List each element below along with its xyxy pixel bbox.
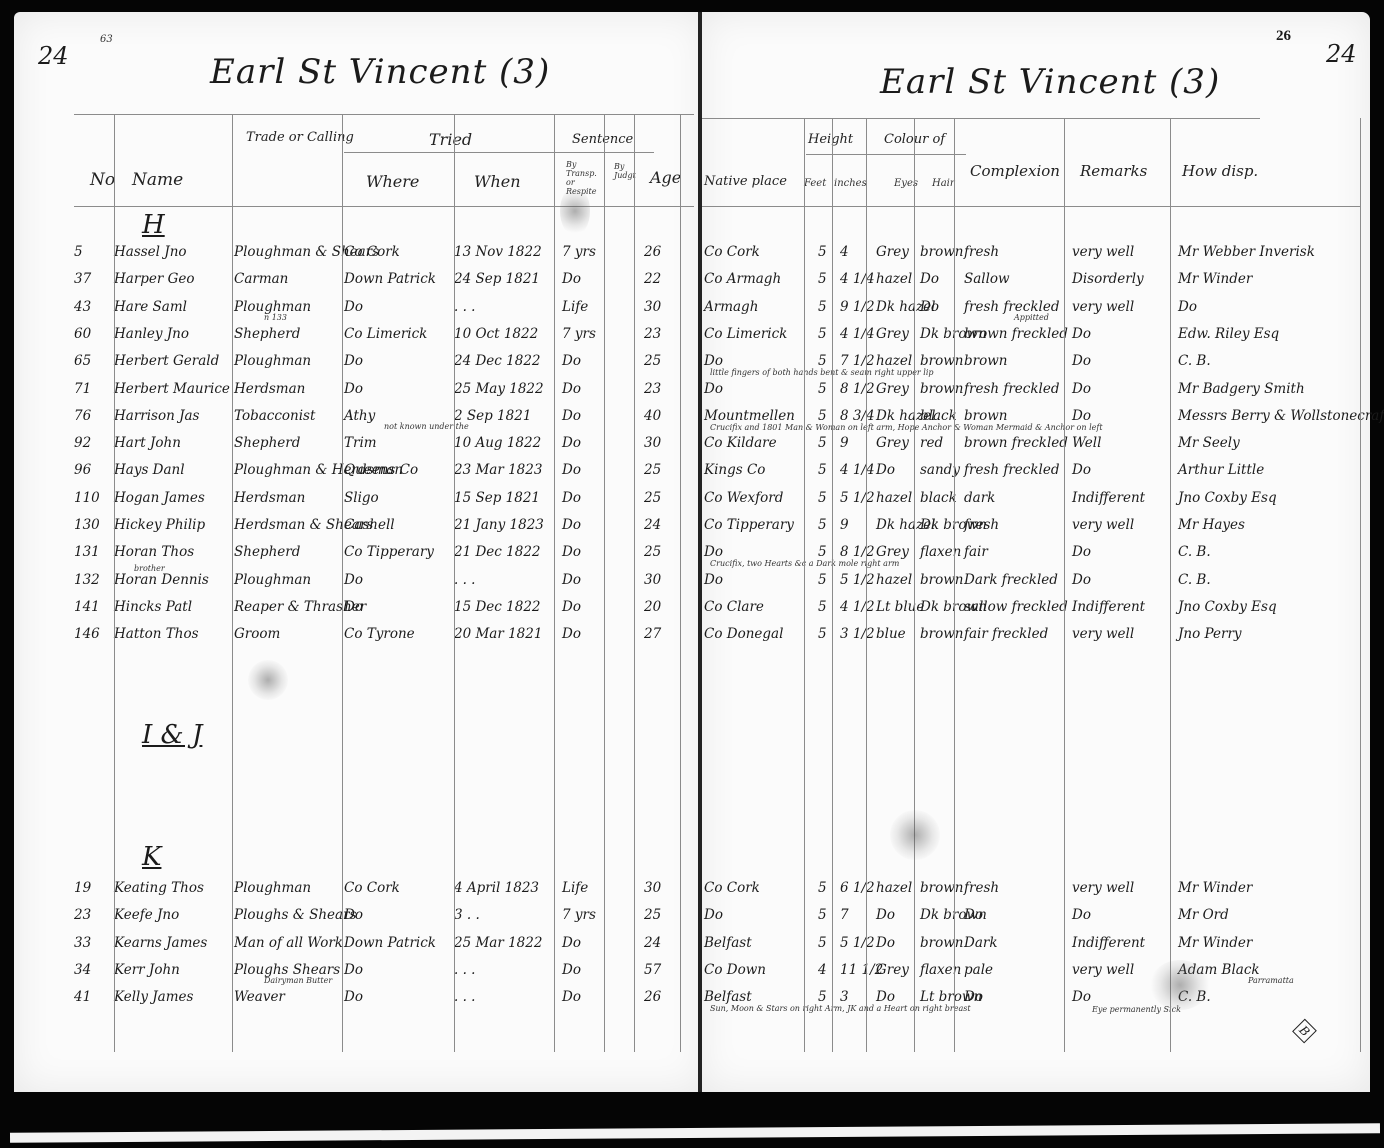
header-remarks: Remarks [1080, 162, 1147, 180]
ink-smudge [1150, 960, 1210, 1010]
complexion: Sallow [964, 271, 1010, 287]
sentence: Do [562, 490, 581, 506]
height-feet: 5 [818, 271, 827, 287]
height-inches: 9 1/2 [840, 299, 875, 315]
header-when: When [474, 172, 521, 191]
height-inches: 9 [840, 517, 849, 533]
header-name: Name [132, 170, 183, 190]
tried-where: Do [344, 572, 363, 588]
height-inches: 8 1/2 [840, 544, 875, 560]
age: 25 [644, 490, 661, 506]
sentence: Do [562, 989, 581, 1005]
tried-where: Co Tyrone [344, 626, 415, 642]
convict-number: 43 [74, 299, 91, 315]
convict-number: 33 [74, 935, 91, 951]
header-age: Age [650, 168, 681, 187]
hair-colour: brown [920, 572, 963, 588]
trade: Shepherd [234, 435, 300, 451]
tried-when: . . . [454, 572, 475, 588]
height-feet: 5 [818, 572, 827, 588]
disposed-note: Parramatta [1248, 976, 1294, 985]
height-inches: 4 [840, 244, 849, 260]
tried-where: Do [344, 907, 363, 923]
convict-name: Horan Dennis [114, 572, 209, 588]
native-place: Armagh [704, 299, 758, 315]
age: 23 [644, 326, 661, 342]
convict-name: Hickey Philip [114, 517, 205, 533]
remarks: Do [1072, 381, 1091, 397]
native-place: Do [704, 381, 723, 397]
sentence: Do [562, 381, 581, 397]
remarks: very well [1072, 626, 1134, 642]
height-inches: 9 [840, 435, 849, 451]
where-note: not known under the [384, 422, 469, 431]
trade: Shepherd [234, 326, 300, 342]
complexion: brown freckled [964, 435, 1068, 451]
how-disposed: Mr Hayes [1178, 517, 1245, 533]
header-tried: Tried [429, 130, 472, 149]
header-hair: Hair [932, 178, 955, 189]
tried-when: 10 Oct 1822 [454, 326, 538, 342]
tried-where: Co Cork [344, 880, 400, 896]
sentence: Do [562, 572, 581, 588]
tried-when: 21 Dec 1822 [454, 544, 541, 560]
header-height: Height [808, 132, 853, 147]
corner-mark: B [1292, 1019, 1317, 1044]
tried-when: 21 Jany 1823 [454, 517, 544, 533]
convict-number: 131 [74, 544, 100, 560]
eye-colour: hazel [876, 880, 912, 896]
page-number: 26 [1276, 28, 1291, 45]
native-place: Co Limerick [704, 326, 787, 342]
convict-number: 71 [74, 381, 91, 397]
tried-where: Do [344, 599, 363, 615]
trade: Tobacconist [234, 408, 315, 424]
trade: Man of all Work [234, 935, 343, 951]
book-gutter [698, 12, 702, 1092]
height-feet: 5 [818, 517, 827, 533]
height-inches: 8 1/2 [840, 381, 875, 397]
native-place: Belfast [704, 989, 752, 1005]
convict-name: Hincks Patl [114, 599, 192, 615]
how-disposed: Mr Ord [1178, 907, 1229, 923]
sentence: 7 yrs [562, 907, 596, 923]
eye-colour: hazel [876, 353, 912, 369]
how-disposed: Jno Coxby Esq [1178, 490, 1277, 506]
height-feet: 5 [818, 326, 827, 342]
convict-number: 37 [74, 271, 91, 287]
column-rule [804, 118, 805, 1052]
header-trade: Trade or Calling [246, 130, 354, 145]
complexion: fair [964, 544, 988, 560]
tried-where: Co Tipperary [344, 544, 434, 560]
eye-colour: blue [876, 626, 906, 642]
left-page-title: Earl St Vincent (3) [210, 52, 550, 92]
column-rule [1360, 118, 1361, 1052]
column-rule [554, 114, 555, 1052]
section-letter: H [142, 210, 165, 240]
convict-number: 41 [74, 989, 91, 1005]
tried-where: Athy [344, 408, 375, 424]
eye-colour: Grey [876, 435, 909, 451]
age: 30 [644, 572, 661, 588]
height-inches: 5 1/2 [840, 935, 875, 951]
column-rule [954, 118, 955, 1052]
height-inches: 5 1/2 [840, 572, 875, 588]
header-complexion: Complexion [970, 162, 1060, 180]
height-inches: 6 1/2 [840, 880, 875, 896]
complexion: fresh freckled [964, 462, 1059, 478]
trade: Herdsman [234, 381, 305, 397]
header-how-disposed: How disp. [1182, 162, 1258, 180]
height-feet: 5 [818, 244, 827, 260]
convict-number: 92 [74, 435, 91, 451]
age: 25 [644, 544, 661, 560]
complexion: Dark [964, 935, 998, 951]
convict-name: Hanley Jno [114, 326, 189, 342]
remarks: very well [1072, 244, 1134, 260]
column-rule [914, 118, 915, 1052]
tried-where: Co Cork [344, 244, 400, 260]
eye-colour: hazel [876, 490, 912, 506]
tried-when: 4 April 1823 [454, 880, 539, 896]
tried-where: Down Patrick [344, 935, 436, 951]
age: 57 [644, 962, 661, 978]
hair-colour: Do [920, 271, 939, 287]
height-inches: 5 1/2 [840, 490, 875, 506]
how-disposed: Edw. Riley Esq [1178, 326, 1279, 342]
sentence: Do [562, 935, 581, 951]
trade: Herdsman [234, 490, 305, 506]
native-place: Co Tipperary [704, 517, 794, 533]
age: 30 [644, 880, 661, 896]
hair-colour: brown [920, 626, 963, 642]
trade: Ploughs & Shears [234, 907, 356, 923]
tried-when: 25 May 1822 [454, 381, 544, 397]
convict-name: Herbert Maurice [114, 381, 230, 397]
height-inches: 7 1/2 [840, 353, 875, 369]
native-place: Co Donegal [704, 626, 783, 642]
complexion: brown [964, 353, 1007, 369]
complexion: brown freckled [964, 326, 1068, 342]
height-inches: 7 [840, 907, 849, 923]
native-place: Do [704, 907, 723, 923]
eye-colour: hazel [876, 271, 912, 287]
how-disposed: Mr Webber Inverisk [1178, 244, 1315, 260]
complexion: brown [964, 408, 1007, 424]
convict-number: 34 [74, 962, 91, 978]
convict-name: Keating Thos [114, 880, 204, 896]
tried-when: . . . [454, 962, 475, 978]
complexion: fair freckled [964, 626, 1048, 642]
remarks: Disorderly [1072, 271, 1144, 287]
sentence: Life [562, 299, 588, 315]
tried-when: 10 Aug 1822 [454, 435, 541, 451]
sentence: Life [562, 880, 588, 896]
native-place: Do [704, 544, 723, 560]
column-rule [832, 118, 833, 1052]
trade-note: Dairyman Butter [264, 976, 332, 985]
trade: Shepherd [234, 544, 300, 560]
left-folio-number: 24 [38, 42, 69, 70]
height-inches: 4 1/4 [840, 462, 875, 478]
ink-smudge [560, 186, 590, 236]
convict-name: Keefe Jno [114, 907, 179, 923]
height-feet: 5 [818, 989, 827, 1005]
complexion: fresh [964, 517, 999, 533]
age: 40 [644, 408, 661, 424]
trade: Ploughman [234, 880, 311, 896]
column-rule [342, 114, 343, 1052]
remarks: Do [1072, 462, 1091, 478]
height-feet: 5 [818, 599, 827, 615]
column-rule [1170, 118, 1171, 1052]
header-no: No [90, 170, 115, 190]
complexion: dark [964, 490, 995, 506]
how-disposed: Jno Coxby Esq [1178, 599, 1277, 615]
remarks: Indifferent [1072, 599, 1145, 615]
column-rule [866, 118, 867, 1052]
age: 25 [644, 462, 661, 478]
age: 22 [644, 271, 661, 287]
how-disposed: Mr Seely [1178, 435, 1240, 451]
trade: Groom [234, 626, 280, 642]
convict-name: Hassel Jno [114, 244, 187, 260]
native-place: Do [704, 353, 723, 369]
native-place: Co Down [704, 962, 766, 978]
ink-smudge [248, 660, 288, 700]
age: 27 [644, 626, 661, 642]
hair-colour: brown [920, 381, 963, 397]
age: 20 [644, 599, 661, 615]
tried-when: 24 Sep 1821 [454, 271, 540, 287]
sentence: Do [562, 408, 581, 424]
age: 24 [644, 517, 661, 533]
convict-name: Hays Danl [114, 462, 185, 478]
tried-when: 20 Mar 1821 [454, 626, 542, 642]
height-feet: 4 [818, 962, 827, 978]
height-feet: 5 [818, 544, 827, 560]
height-feet: 5 [818, 408, 827, 424]
hair-colour: brown [920, 244, 963, 260]
header-by-judgment: By Judgt [614, 162, 642, 180]
age: 24 [644, 935, 661, 951]
complexion: Do [964, 907, 983, 923]
tried-where: Do [344, 299, 363, 315]
convict-name: Harrison Jas [114, 408, 199, 424]
column-rule [454, 114, 455, 1052]
header-where: Where [366, 172, 419, 191]
height-feet: 5 [818, 935, 827, 951]
tried-where: Do [344, 353, 363, 369]
how-disposed: Arthur Little [1178, 462, 1264, 478]
tried-when: 25 Mar 1822 [454, 935, 542, 951]
age: 25 [644, 353, 661, 369]
height-inches: 4 1/4 [840, 271, 875, 287]
eye-colour: Lt blue [876, 599, 924, 615]
height-feet: 5 [818, 907, 827, 923]
remarks: Indifferent [1072, 490, 1145, 506]
tried-where: Do [344, 381, 363, 397]
eye-colour: Grey [876, 244, 909, 260]
remarks: Do [1072, 907, 1091, 923]
right-folio-number: 24 [1326, 40, 1357, 68]
how-disposed: C. B. [1178, 572, 1211, 588]
sentence: Do [562, 517, 581, 533]
remarks: Do [1072, 572, 1091, 588]
age: 30 [644, 435, 661, 451]
hair-colour: red [920, 435, 943, 451]
hair-colour: black [920, 408, 957, 424]
remarks: Do [1072, 989, 1091, 1005]
height-feet: 5 [818, 880, 827, 896]
height-feet: 5 [818, 435, 827, 451]
native-place: Co Wexford [704, 490, 783, 506]
complexion: Dark freckled [964, 572, 1058, 588]
trade: Ploughman [234, 353, 311, 369]
tried-when: . . . [454, 989, 475, 1005]
native-place: Belfast [704, 935, 752, 951]
sentence: 7 yrs [562, 326, 596, 342]
convict-name: Kerr John [114, 962, 180, 978]
sentence: 7 yrs [562, 244, 596, 260]
complexion: pale [964, 962, 993, 978]
native-place: Kings Co [704, 462, 765, 478]
complexion: fresh [964, 244, 999, 260]
how-disposed: Mr Winder [1178, 935, 1252, 951]
convict-number: 96 [74, 462, 91, 478]
eye-colour: Grey [876, 544, 909, 560]
age: 23 [644, 381, 661, 397]
how-disposed: Messrs Berry & Wollstonecraft [1178, 408, 1384, 424]
height-feet: 5 [818, 490, 827, 506]
convict-name: Hart John [114, 435, 181, 451]
trade: Ploughman [234, 572, 311, 588]
trade-note: n 133 [264, 313, 287, 322]
remarks: very well [1072, 517, 1134, 533]
sentence: Do [562, 435, 581, 451]
eye-colour: Do [876, 462, 895, 478]
column-rule [680, 114, 681, 1052]
column-rule [604, 114, 605, 1052]
convict-name: Harper Geo [114, 271, 195, 287]
section-letter: K [142, 842, 161, 872]
tried-where: Down Patrick [344, 271, 436, 287]
remarks: Do [1072, 544, 1091, 560]
eye-colour: Grey [876, 962, 909, 978]
complexion: fresh [964, 880, 999, 896]
native-place: Co Clare [704, 599, 764, 615]
complexion: fresh freckled [964, 381, 1059, 397]
remarks: very well [1072, 962, 1134, 978]
sentence: Do [562, 544, 581, 560]
remarks: Well [1072, 435, 1101, 451]
convict-name: Hare Saml [114, 299, 187, 315]
eye-colour: Grey [876, 381, 909, 397]
sentence: Do [562, 462, 581, 478]
hair-colour: black [920, 490, 957, 506]
sentence: Do [562, 599, 581, 615]
eye-colour: hazel [876, 572, 912, 588]
header-inches: inches [834, 178, 867, 189]
trade: Weaver [234, 989, 285, 1005]
how-disposed: Jno Perry [1178, 626, 1242, 642]
remarks: very well [1072, 299, 1134, 315]
tried-when: 23 Mar 1823 [454, 462, 542, 478]
remarks: Do [1072, 408, 1091, 424]
how-disposed: Do [1178, 299, 1197, 315]
convict-number: 19 [74, 880, 91, 896]
height-feet: 5 [818, 381, 827, 397]
hair-colour: flaxen [920, 544, 961, 560]
native-place: Mountmellen [704, 408, 795, 424]
native-place: Co Kildare [704, 435, 777, 451]
ink-smudge [890, 810, 940, 860]
convict-number: 23 [74, 907, 91, 923]
tried-where: Cashell [344, 517, 395, 533]
convict-number: 130 [74, 517, 100, 533]
convict-number: 146 [74, 626, 100, 642]
how-disposed: Mr Winder [1178, 880, 1252, 896]
how-disposed: C. B. [1178, 544, 1211, 560]
convict-name: Kelly James [114, 989, 193, 1005]
remarks: very well [1072, 880, 1134, 896]
sentence: Do [562, 271, 581, 287]
tried-where: Queens Co [344, 462, 418, 478]
native-place: Co Cork [704, 880, 760, 896]
age: 30 [644, 299, 661, 315]
convict-number: 110 [74, 490, 100, 506]
convict-name: Kearns James [114, 935, 207, 951]
eye-colour: Do [876, 907, 895, 923]
tried-when: 3 . . [454, 907, 480, 923]
tried-when: 15 Dec 1822 [454, 599, 541, 615]
how-disposed: C. B. [1178, 353, 1211, 369]
tried-where: Trim [344, 435, 377, 451]
height-feet: 5 [818, 353, 827, 369]
remarks: Do [1072, 326, 1091, 342]
column-rule [114, 114, 115, 1052]
height-inches: 3 1/2 [840, 626, 875, 642]
convict-number: 132 [74, 572, 100, 588]
complexion: sallow freckled [964, 599, 1068, 615]
height-feet: 5 [818, 462, 827, 478]
height-feet: 5 [818, 299, 827, 315]
age: 26 [644, 244, 661, 260]
right-page: 26 24 Earl St Vincent (3) Native place H… [700, 12, 1370, 1092]
convict-number: 5 [74, 244, 83, 260]
convict-name: Hatton Thos [114, 626, 199, 642]
convict-number: 76 [74, 408, 91, 424]
sentence: Do [562, 353, 581, 369]
column-rule [634, 114, 635, 1052]
hair-colour: Do [920, 299, 939, 315]
convict-number: 60 [74, 326, 91, 342]
native-place: Co Cork [704, 244, 760, 260]
height-feet: 5 [818, 626, 827, 642]
native-place: Do [704, 572, 723, 588]
eye-colour: Grey [876, 326, 909, 342]
left-page: 24 63 Earl St Vincent (3) Trade or Calli… [14, 12, 706, 1092]
tried-when: 24 Dec 1822 [454, 353, 541, 369]
left-small-mark: 63 [100, 34, 113, 45]
column-rule [1064, 118, 1065, 1052]
sentence: Do [562, 962, 581, 978]
height-inches: 4 1/4 [840, 326, 875, 342]
distinguishing-marks: little fingers of both hands bent & seam… [710, 368, 934, 377]
height-inches: 4 1/2 [840, 599, 875, 615]
convict-name: Hogan James [114, 490, 205, 506]
